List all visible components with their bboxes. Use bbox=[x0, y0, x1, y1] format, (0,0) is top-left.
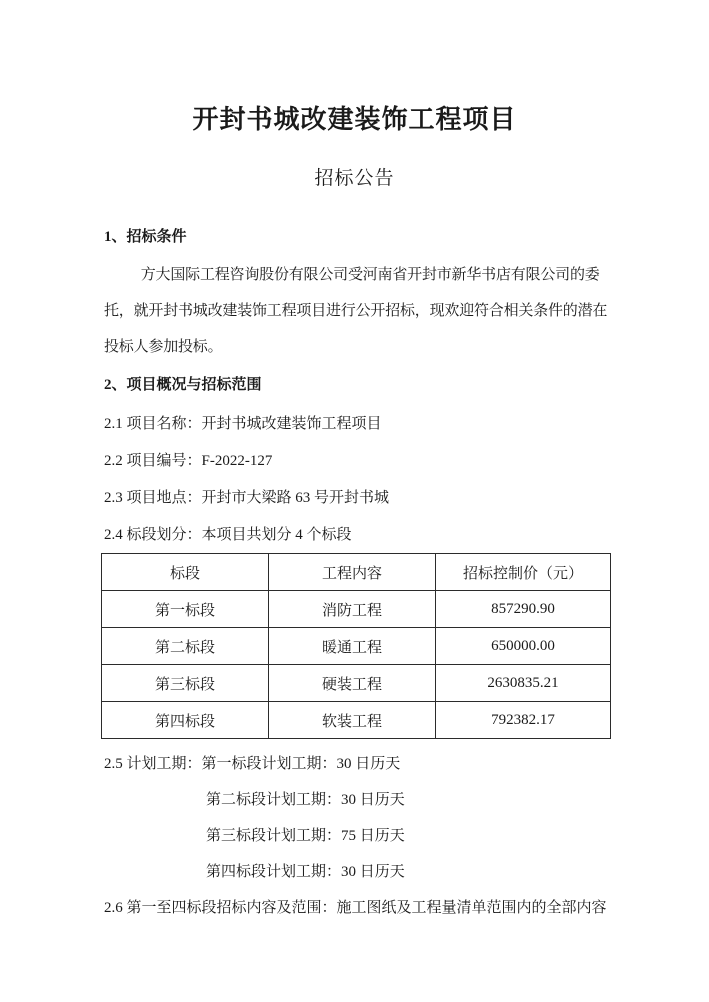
column-header-section: 标段 bbox=[102, 554, 269, 591]
cell-price: 857290.90 bbox=[436, 591, 611, 628]
intro-line: 方大国际工程咨询股份有限公司受河南省开封市新华书店有限公司的委 bbox=[104, 257, 616, 293]
schedule-line-3: 第三标段计划工期：75 日历天 bbox=[104, 818, 616, 854]
cell-section: 第二标段 bbox=[102, 628, 269, 665]
schedule-line-2: 第二标段计划工期：30 日历天 bbox=[104, 782, 616, 818]
schedule-line-1: 2.5 计划工期：第一标段计划工期：30 日历天 bbox=[104, 746, 616, 782]
table-row: 第四标段 软装工程 792382.17 bbox=[102, 702, 611, 739]
item-project-name: 2.1 项目名称：开封书城改建装饰工程项目 bbox=[104, 406, 616, 443]
cell-section: 第三标段 bbox=[102, 665, 269, 702]
scope-line: 2.6 第一至四标段招标内容及范围：施工图纸及工程量清单范围内的全部内容 bbox=[104, 890, 616, 926]
document-title: 开封书城改建装饰工程项目 bbox=[0, 104, 709, 136]
intro-paragraph: 方大国际工程咨询股份有限公司受河南省开封市新华书店有限公司的委 托，就开封书城改… bbox=[104, 257, 616, 365]
intro-line: 投标人参加投标。 bbox=[104, 329, 616, 365]
cell-price: 792382.17 bbox=[436, 702, 611, 739]
table-row: 第二标段 暖通工程 650000.00 bbox=[102, 628, 611, 665]
document-page: 开封书城改建装饰工程项目 招标公告 1、招标条件 方大国际工程咨询股份有限公司受… bbox=[0, 0, 709, 1002]
column-header-content: 工程内容 bbox=[269, 554, 436, 591]
cell-price: 650000.00 bbox=[436, 628, 611, 665]
cell-price: 2630835.21 bbox=[436, 665, 611, 702]
table-row: 第一标段 消防工程 857290.90 bbox=[102, 591, 611, 628]
schedule-line-4: 第四标段计划工期：30 日历天 bbox=[104, 854, 616, 890]
table-row: 第三标段 硬装工程 2630835.21 bbox=[102, 665, 611, 702]
cell-content: 消防工程 bbox=[269, 591, 436, 628]
schedule-block: 2.5 计划工期：第一标段计划工期：30 日历天 第二标段计划工期：30 日历天… bbox=[104, 746, 616, 926]
cell-content: 硬装工程 bbox=[269, 665, 436, 702]
cell-section: 第一标段 bbox=[102, 591, 269, 628]
section-2-heading: 2、项目概况与招标范围 bbox=[104, 375, 262, 395]
document-subtitle: 招标公告 bbox=[0, 166, 709, 192]
cell-section: 第四标段 bbox=[102, 702, 269, 739]
project-overview-items: 2.1 项目名称：开封书城改建装饰工程项目 2.2 项目编号：F-2022-12… bbox=[104, 406, 616, 554]
item-project-number: 2.2 项目编号：F-2022-127 bbox=[104, 443, 616, 480]
section-1-heading: 1、招标条件 bbox=[104, 227, 187, 247]
bid-sections-table: 标段 工程内容 招标控制价（元） 第一标段 消防工程 857290.90 第二标… bbox=[101, 553, 611, 739]
cell-content: 暖通工程 bbox=[269, 628, 436, 665]
cell-content: 软装工程 bbox=[269, 702, 436, 739]
table-header-row: 标段 工程内容 招标控制价（元） bbox=[102, 554, 611, 591]
item-bid-sections: 2.4 标段划分：本项目共划分 4 个标段 bbox=[104, 517, 616, 554]
intro-line: 托，就开封书城改建装饰工程项目进行公开招标，现欢迎符合相关条件的潜在 bbox=[104, 293, 616, 329]
column-header-control-price: 招标控制价（元） bbox=[436, 554, 611, 591]
item-project-location: 2.3 项目地点：开封市大梁路 63 号开封书城 bbox=[104, 480, 616, 517]
